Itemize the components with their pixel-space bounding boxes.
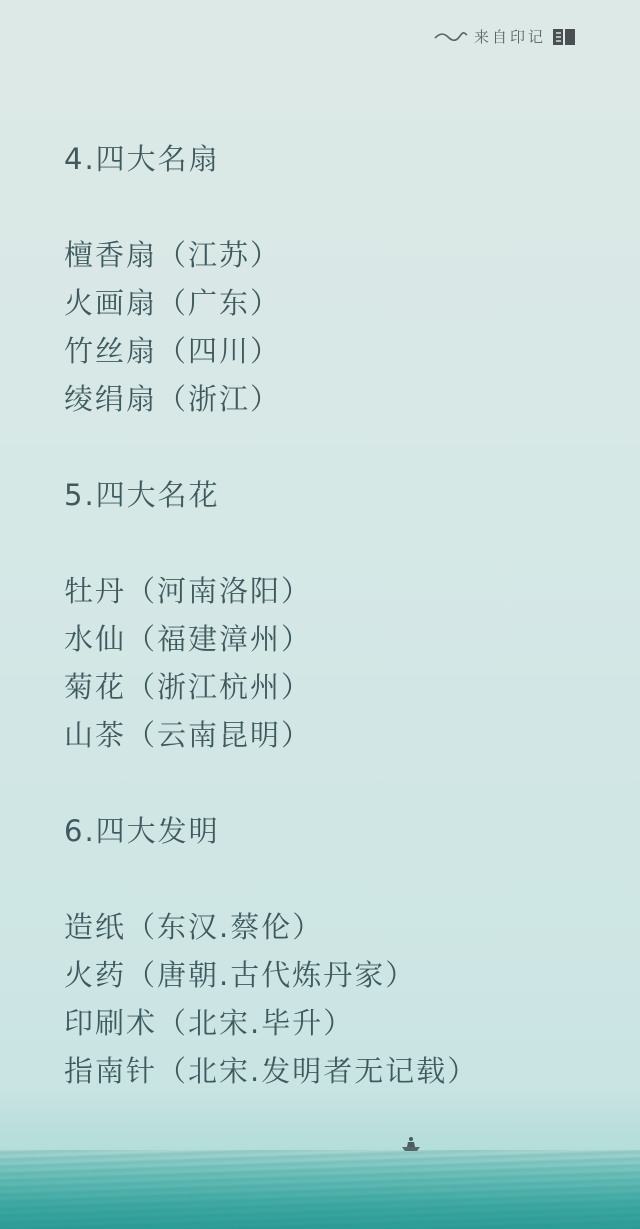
list-item: 檀香扇（江苏） (64, 231, 478, 279)
list-item: 印刷术（北宋.毕升） (64, 999, 478, 1047)
list-item: 绫绢扇（浙江） (64, 375, 478, 423)
wave-icon (434, 31, 468, 43)
list-item: 水仙（福建漳州） (64, 615, 478, 663)
section-title-fans: 4.四大名扇 (64, 135, 478, 183)
section-title-flowers: 5.四大名花 (64, 471, 478, 519)
sea-background (0, 1150, 640, 1229)
boat-icon (401, 1135, 421, 1153)
book-icon (552, 27, 576, 47)
list-item: 山茶（云南昆明） (64, 711, 478, 759)
list-item: 指南针（北宋.发明者无记载） (64, 1047, 478, 1095)
section-title-inventions: 6.四大发明 (64, 807, 478, 855)
list-item: 火画扇（广东） (64, 279, 478, 327)
watermark: 来自印记 (434, 26, 576, 47)
watermark-label: 来自印记 (474, 26, 546, 47)
list-item: 竹丝扇（四川） (64, 327, 478, 375)
list-item: 火药（唐朝.古代炼丹家） (64, 951, 478, 999)
content-list: 4.四大名扇 檀香扇（江苏） 火画扇（广东） 竹丝扇（四川） 绫绢扇（浙江） 5… (64, 135, 478, 1095)
list-item: 菊花（浙江杭州） (64, 663, 478, 711)
list-item: 造纸（东汉.蔡伦） (64, 903, 478, 951)
list-item: 牡丹（河南洛阳） (64, 567, 478, 615)
